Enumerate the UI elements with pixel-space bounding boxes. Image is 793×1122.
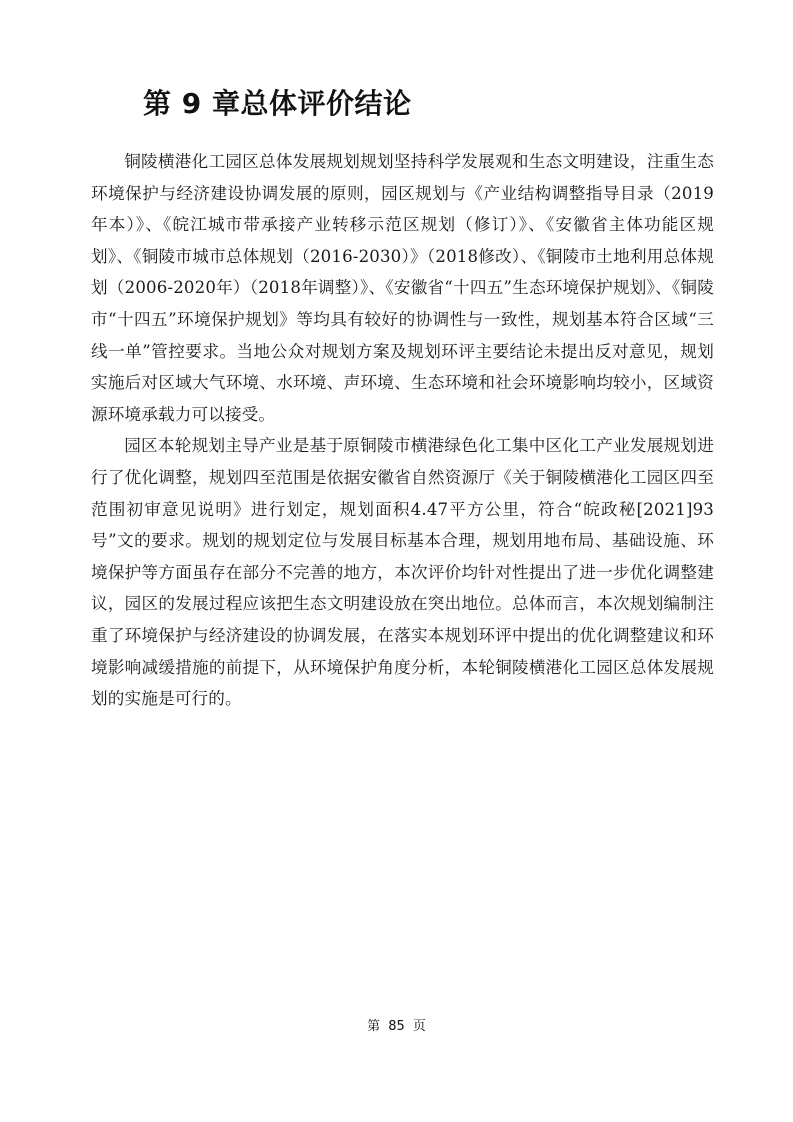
chapter-title: 第 9 章总体评价结论 — [143, 84, 411, 124]
page-number: 第 85 页 — [0, 1018, 793, 1036]
body-text: 铜陵横港化工园区总体发展规划规划坚持科学发展观和生态文明建设，注重生态环境保护与… — [91, 146, 714, 715]
paragraph-conclusion-consistency: 铜陵横港化工园区总体发展规划规划坚持科学发展观和生态文明建设，注重生态环境保护与… — [91, 146, 714, 430]
paragraph-conclusion-feasibility: 园区本轮规划主导产业是基于原铜陵市横港绿色化工集中区化工产业发展规划进行了优化调… — [91, 430, 714, 714]
